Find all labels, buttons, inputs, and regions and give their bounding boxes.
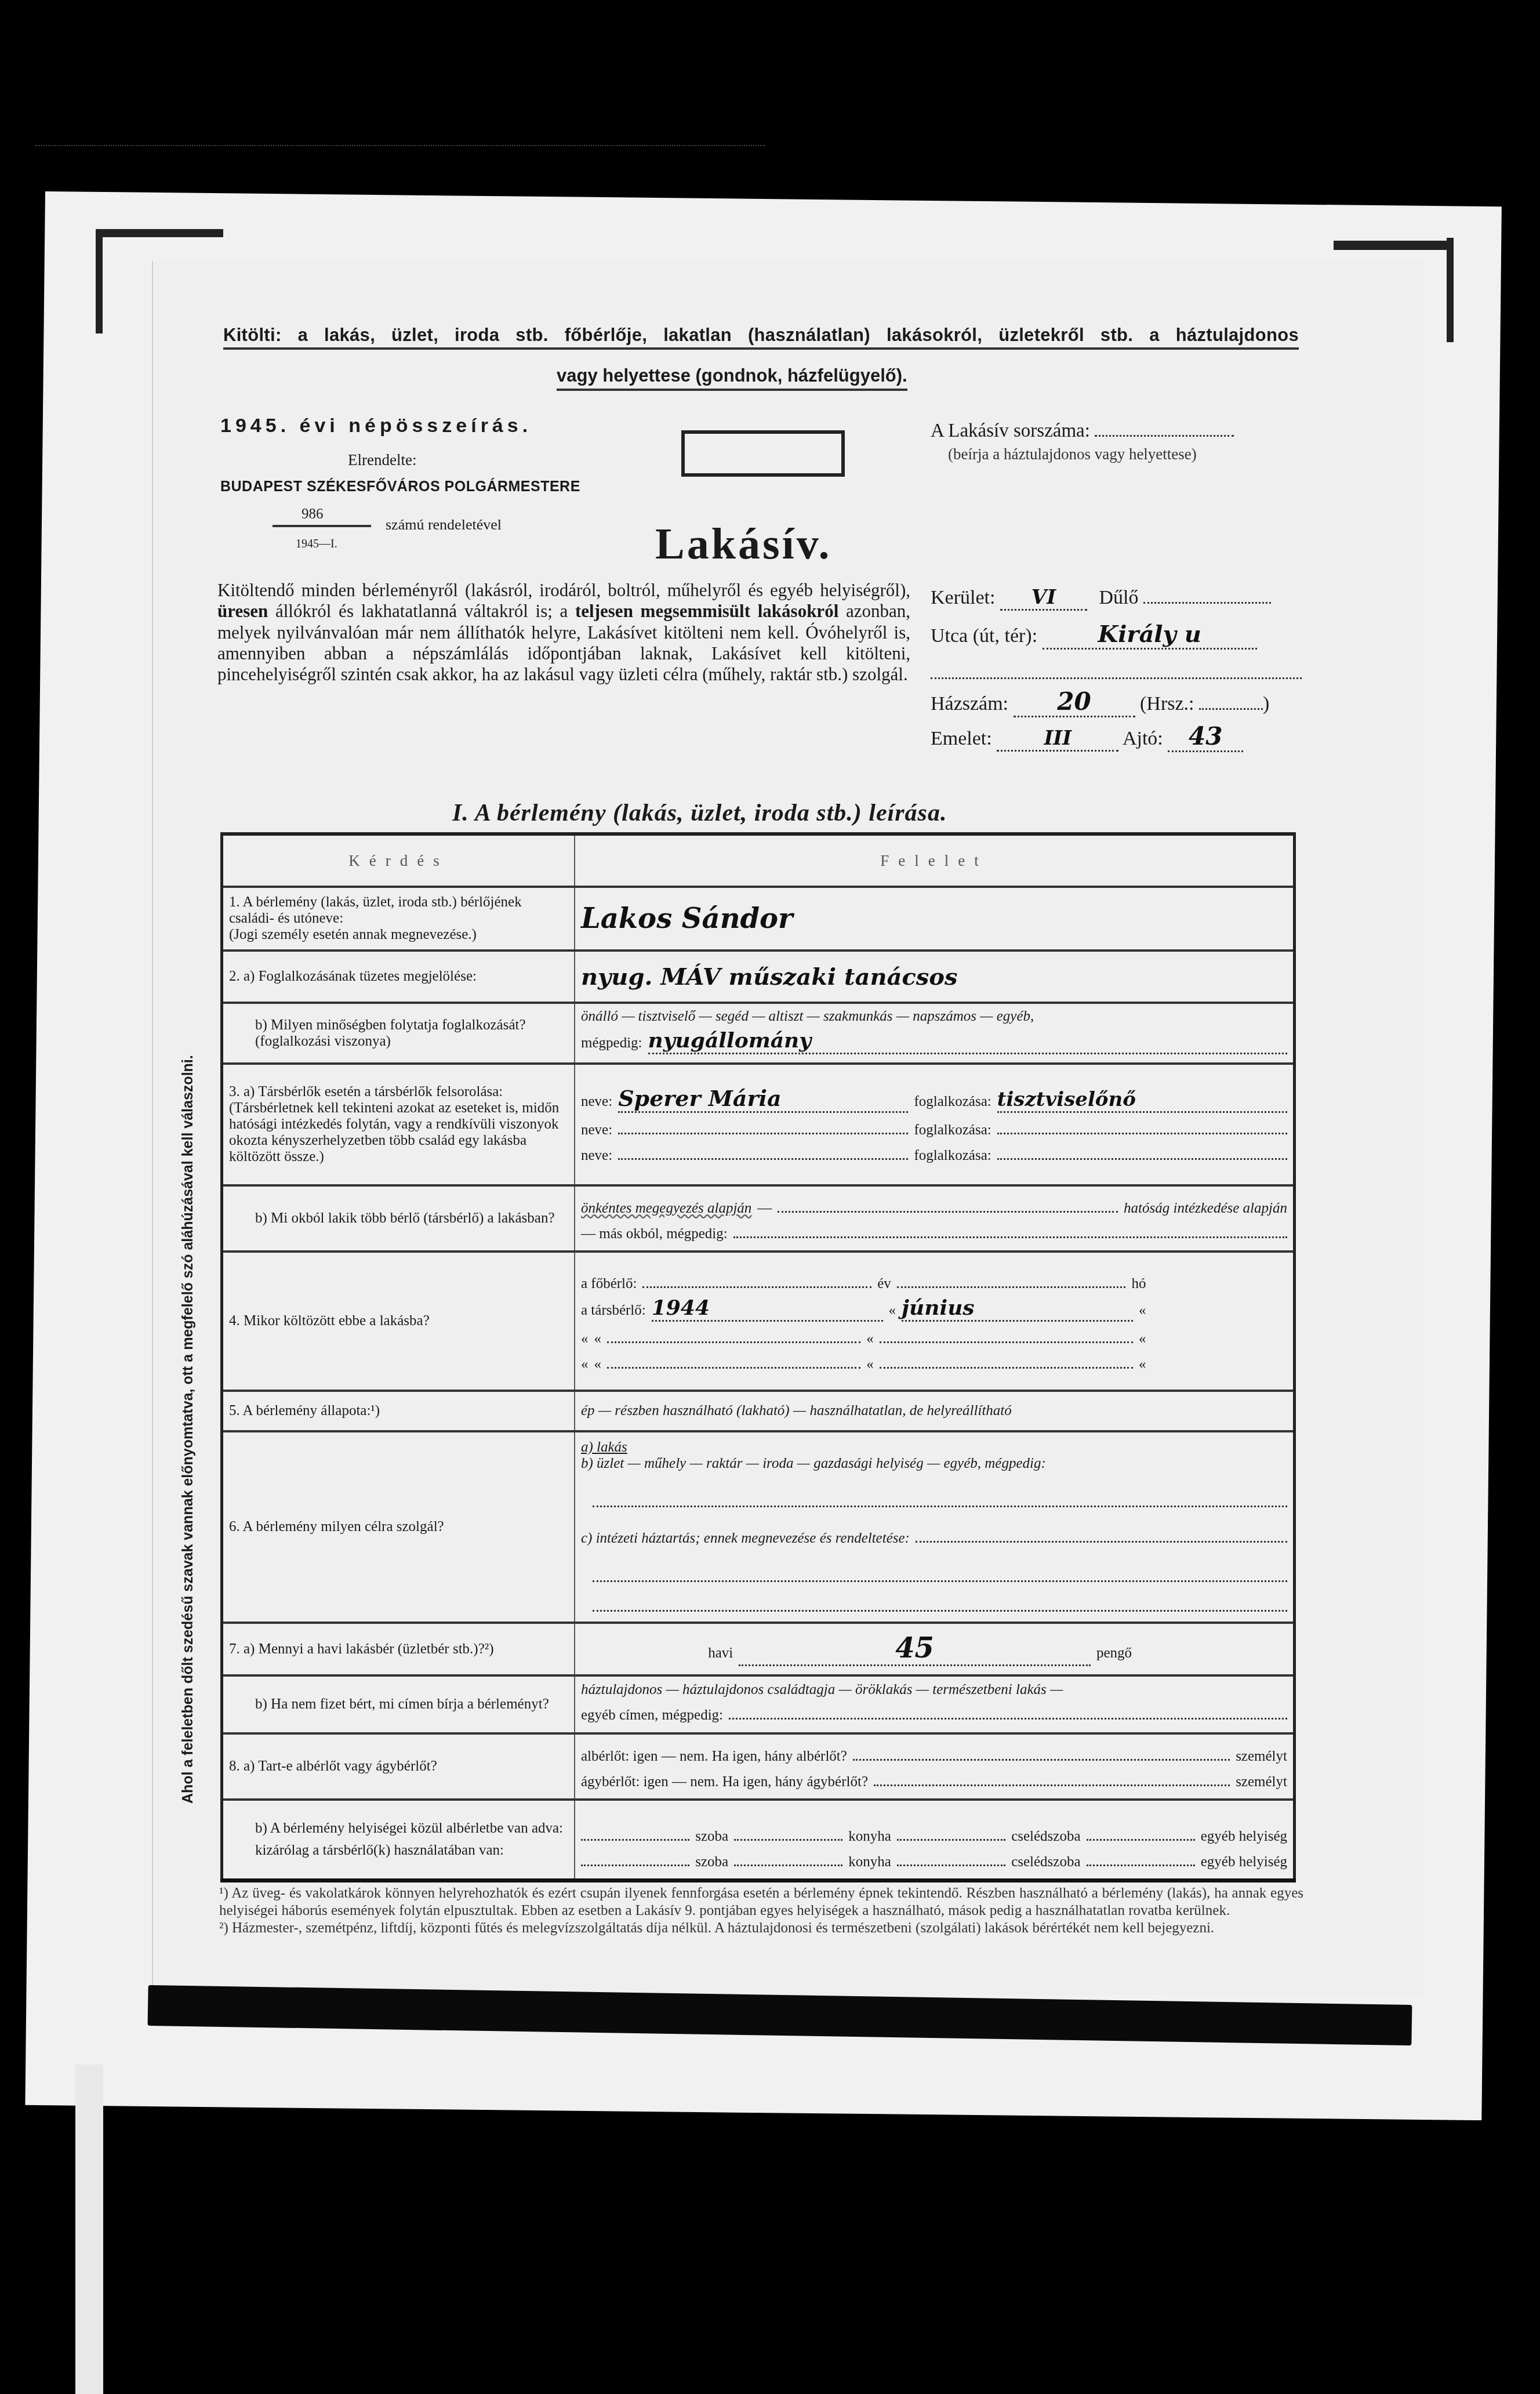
q6-text: 6. A bérlemény milyen célra szolgál?	[222, 1431, 575, 1623]
a3b-option-authority[interactable]: hatóság intézkedése alapján	[1124, 1200, 1287, 1217]
a7a-cell: havi45pengő	[575, 1623, 1295, 1675]
a7b-options[interactable]: háztulajdonos — háztulajdonos családtagj…	[581, 1682, 1287, 1698]
ditto-mark: «	[1139, 1331, 1146, 1347]
cotenant1-occ-label: foglalkozása:	[914, 1094, 991, 1110]
street-label: Utca (út, tér):	[931, 625, 1037, 647]
a4-cotenant-month[interactable]: június	[902, 1296, 1133, 1322]
co-rooms-cseledszoba[interactable]	[897, 1848, 1005, 1866]
street-extra-line[interactable]	[931, 677, 1302, 679]
a2b-options[interactable]: önálló — tisztviselő — segéd — altiszt —…	[581, 1009, 1287, 1025]
intro-text-1: Kitölti: a lakás, üzlet, iroda stb. főbé…	[223, 325, 1299, 350]
a7a-suffix: pengő	[1096, 1645, 1132, 1662]
a8a-cell: albérlőt: igen — nem. Ha igen, hány albé…	[575, 1733, 1295, 1800]
room-label: konyha	[848, 1854, 891, 1870]
a7b-other-label: egyéb címen, mégpedig:	[581, 1707, 723, 1724]
q1-note: (Jogi személy esetén annak megnevezése.)	[229, 927, 477, 942]
scan-artifact-line	[35, 145, 765, 146]
row-q1: 1. A bérlemény (lakás, üzlet, iroda stb.…	[222, 887, 1295, 951]
row-q2b: b) Milyen minőségben folytatja foglalkoz…	[222, 1003, 1295, 1064]
cotenant1-name-label: neve:	[581, 1094, 612, 1110]
cotenant3-name-label: neve:	[581, 1148, 612, 1164]
field-value[interactable]	[1143, 597, 1271, 604]
a6-option-business[interactable]: b) üzlet — műhely — raktár — iroda — gaz…	[581, 1456, 1287, 1472]
a2b-megpedig-label: mégpedig:	[581, 1035, 642, 1051]
a8a-subtenant-count[interactable]	[853, 1743, 1230, 1761]
a4-row4-year[interactable]	[607, 1351, 860, 1369]
district-value[interactable]: VI	[1000, 586, 1087, 611]
floor-label: Emelet:	[931, 728, 992, 749]
ditto-mark: «	[594, 1331, 602, 1347]
street-value[interactable]: Király u	[1043, 621, 1257, 650]
serial-note: (beírja a háztulajdonos vagy helyettese)	[948, 445, 1197, 463]
cotenant2-name[interactable]	[618, 1116, 908, 1134]
section-title: I. A bérlemény (lakás, üzlet, iroda stb.…	[452, 799, 947, 827]
row-q7b: b) Ha nem fizet bért, mi címen bírja a b…	[222, 1675, 1295, 1733]
ditto-mark: «	[581, 1356, 589, 1373]
q1-cell: 1. A bérlemény (lakás, üzlet, iroda stb.…	[222, 887, 575, 951]
a4-main-year[interactable]	[642, 1270, 871, 1288]
serial-number-field[interactable]: A Lakásív sorszáma:	[931, 420, 1234, 442]
hrsz-label: (Hrsz.:	[1140, 693, 1194, 714]
a6b-value[interactable]	[593, 1489, 1287, 1507]
instr-part1: Kitöltendő minden bérleményről (lakásról…	[217, 580, 910, 600]
q1-text: 1. A bérlemény (lakás, üzlet, iroda stb.…	[229, 894, 522, 926]
co-rooms-szoba[interactable]	[581, 1848, 689, 1866]
a8a-persons-label: személyt	[1236, 1749, 1287, 1765]
a8a-subtenant-question[interactable]: albérlőt: igen — nem. Ha igen, hány albé…	[581, 1749, 847, 1765]
q8b-text-1: b) A bérlemény helyiségei közül albérlet…	[229, 1820, 568, 1837]
a6-cell: a) lakás b) üzlet — műhely — raktár — ir…	[575, 1431, 1295, 1623]
a8a-bedtenant-question[interactable]: ágybérlőt: igen — nem. Ha igen, hány ágy…	[581, 1774, 868, 1790]
co-rooms-egyeb[interactable]	[1087, 1848, 1195, 1866]
q2b-text: b) Milyen minőségben folytatja foglalkoz…	[229, 1017, 568, 1050]
footnote-2: ²) Házmester-, szemétpénz, liftdíj, közp…	[219, 1920, 1303, 1937]
room-label: konyha	[848, 1829, 891, 1845]
room-label: cselédszoba	[1011, 1829, 1080, 1845]
decree-fraction-line	[273, 525, 371, 527]
a4-month-label: hó	[1131, 1276, 1146, 1292]
form-title: Lakásív.	[655, 519, 831, 570]
a2b-cell[interactable]: önálló — tisztviselő — segéd — altiszt —…	[575, 1003, 1295, 1064]
a6c-line2[interactable]	[593, 1564, 1287, 1582]
a4-year-label: év	[877, 1276, 891, 1292]
cotenant2-occ-label: foglalkozása:	[914, 1122, 991, 1138]
a6-option-institution[interactable]: c) intézeti háztartás; ennek megnevezése…	[581, 1530, 910, 1547]
cotenant1-name[interactable]: Sperer Mária	[618, 1085, 908, 1113]
instr-bold1: üresen	[217, 601, 268, 621]
a2a-cell[interactable]: nyug. MÁV műszaki tanácsos	[575, 951, 1295, 1003]
a3b-other-label: — más okból, mégpedig:	[581, 1226, 728, 1242]
row-q8b: b) A bérlemény helyiségei közül albérlet…	[222, 1800, 1295, 1881]
ditto-mark: «	[581, 1331, 589, 1347]
col-answer: Felelet	[575, 834, 1295, 887]
sub-rooms-egyeb[interactable]	[1087, 1823, 1195, 1841]
census-form-table: Kérdés Felelet 1. A bérlemény (lakás, üz…	[220, 832, 1296, 1882]
ditto-mark: «	[866, 1331, 874, 1347]
ordered-by: BUDAPEST SZÉKESFŐVÁROS POLGÁRMESTERE	[220, 478, 580, 495]
q2a-text: 2. a) Foglalkozásának tüzetes megjelölés…	[222, 951, 575, 1003]
instr-bold2: teljesen megsemmisült lakásokról	[575, 601, 838, 621]
q3b-text: b) Mi okból lakik több bérlő (társbérlő)…	[229, 1210, 568, 1227]
a1-cell[interactable]: Lakos Sándor	[575, 887, 1295, 951]
house-value[interactable]: 20	[1014, 687, 1135, 717]
street-row: Utca (út, tér): Király u	[931, 621, 1257, 650]
house-label: Házszám:	[931, 693, 1008, 714]
col-question: Kérdés	[222, 834, 575, 887]
room-label: egyéb helyiség	[1201, 1829, 1287, 1845]
cotenant3-occ[interactable]	[997, 1142, 1287, 1160]
a4-row3-year[interactable]	[607, 1325, 860, 1343]
a2b-value[interactable]: nyugállomány	[648, 1028, 1287, 1054]
a8b-cell: szobakonyhacselédszobaegyéb helyiség szo…	[575, 1800, 1295, 1881]
q8a-text: 8. a) Tart-e albérlőt vagy ágybérlőt?	[222, 1733, 575, 1800]
cotenant2-occ[interactable]	[997, 1116, 1287, 1134]
floor-row: Emelet: III Ajtó: 43	[931, 722, 1243, 752]
row-q8a: 8. a) Tart-e albérlőt vagy ágybérlőt? al…	[222, 1733, 1295, 1800]
cotenant3-name[interactable]	[618, 1142, 908, 1160]
a3b-other-value[interactable]	[733, 1220, 1287, 1238]
a8a-bedtenant-count[interactable]	[874, 1768, 1230, 1786]
cotenant3-occ-label: foglalkozása:	[914, 1148, 991, 1164]
a6c-line3[interactable]	[593, 1594, 1287, 1612]
q5-text: 5. A bérlemény állapota:¹)	[222, 1391, 575, 1431]
decree-number: 986	[302, 506, 324, 523]
stamp-box[interactable]	[681, 430, 845, 477]
ditto-mark: «	[866, 1356, 874, 1373]
a3a-cell: neve:Sperer Máriafoglalkozása:tisztvisel…	[575, 1064, 1295, 1185]
house-row: Házszám: 20 (Hrsz.: )	[931, 687, 1269, 717]
decree-year: 1945—I.	[296, 538, 337, 551]
ditto-mark: «	[1139, 1356, 1146, 1373]
room-label: szoba	[695, 1854, 728, 1870]
room-label: cselédszoba	[1011, 1854, 1080, 1870]
a1-value[interactable]: Lakos Sándor	[581, 902, 793, 935]
a7a-value[interactable]: 45	[739, 1632, 1091, 1666]
a6-option-lakas[interactable]: a) lakás	[581, 1439, 1287, 1456]
a4-main-month[interactable]	[897, 1270, 1126, 1288]
room-label: egyéb helyiség	[1201, 1854, 1287, 1870]
door-value[interactable]: 43	[1168, 722, 1243, 752]
corner-mark-top-left	[96, 229, 103, 333]
row-q6: 6. A bérlemény milyen célra szolgál? a) …	[222, 1431, 1295, 1623]
intro-line-2: vagy helyettese (gondnok, házfelügyelő).	[557, 365, 907, 391]
table-header: Kérdés Felelet	[222, 834, 1295, 887]
corner-mark-top-right	[1447, 238, 1454, 342]
sub-rooms-szoba[interactable]	[581, 1823, 689, 1841]
co-rooms-konyha[interactable]	[734, 1848, 842, 1866]
row-q4: 4. Mikor költözött ebbe a lakásba? a főb…	[222, 1252, 1295, 1391]
film-strip-edge	[75, 2065, 103, 2394]
q4-text: 4. Mikor költözött ebbe a lakásba?	[222, 1252, 575, 1391]
district-label: Kerület:	[931, 587, 995, 608]
cotenant2-name-label: neve:	[581, 1122, 612, 1138]
census-title: 1945. évi népösszeírás.	[220, 415, 532, 437]
row-q3a: 3. a) Társbérlők esetén a társbérlők fel…	[222, 1064, 1295, 1185]
ditto-mark: «	[1139, 1303, 1146, 1319]
a3b-option-voluntary[interactable]: önkéntes megegyezés alapján	[581, 1200, 751, 1217]
a4-row3-month[interactable]	[880, 1325, 1133, 1343]
field-label: Dűlő	[1099, 587, 1138, 608]
room-label: szoba	[695, 1829, 728, 1845]
a4-cell: a főbérlő:évhó a társbérlő:1944«június« …	[575, 1252, 1295, 1391]
serial-label: A Lakásív sorszáma:	[931, 420, 1090, 441]
door-label: Ajtó:	[1123, 728, 1163, 749]
q7a-text: 7. a) Mennyi a havi lakásbér (üzletbér s…	[222, 1623, 575, 1675]
decree-text: számú rendeletével	[386, 516, 502, 534]
a5-options[interactable]: ép — részben használható (lakható) — has…	[575, 1391, 1295, 1431]
side-note: Ahol a feleletben dőlt szedésű szavak va…	[180, 1055, 197, 1804]
row-q7a: 7. a) Mennyi a havi lakásbér (üzletbér s…	[222, 1623, 1295, 1675]
a3b-cell: önkéntes megegyezés alapján—hatóság inté…	[575, 1185, 1295, 1252]
ditto-mark: «	[594, 1356, 602, 1373]
cotenant1-occ[interactable]: tisztviselőnő	[997, 1088, 1287, 1113]
a7b-cell: háztulajdonos — háztulajdonos családtagj…	[575, 1675, 1295, 1733]
serial-value[interactable]	[1095, 430, 1234, 437]
sub-rooms-cseledszoba[interactable]	[897, 1823, 1005, 1841]
sub-rooms-konyha[interactable]	[734, 1823, 842, 1841]
q3a-text: 3. a) Társbérlők esetén a társbérlők fel…	[222, 1064, 575, 1185]
a4-main-label: a főbérlő:	[581, 1276, 637, 1292]
intro-line-1: Kitölti: a lakás, üzlet, iroda stb. főbé…	[223, 325, 1299, 346]
a4-row4-month[interactable]	[880, 1351, 1133, 1369]
a4-cotenant-year[interactable]: 1944	[652, 1296, 883, 1322]
row-q5: 5. A bérlemény állapota:¹) ép — részben …	[222, 1391, 1295, 1431]
hrsz-close: )	[1263, 693, 1269, 714]
q7b-text: b) Ha nem fizet bért, mi címen bírja a b…	[229, 1696, 568, 1713]
a8a-persons-label-2: személyt	[1236, 1774, 1287, 1790]
a7b-other-value[interactable]	[729, 1702, 1287, 1720]
footnote-1: ¹) Az üveg- és vakolatkárok könnyen hely…	[219, 1885, 1303, 1920]
a2a-value[interactable]: nyug. MÁV műszaki tanácsos	[581, 963, 957, 991]
ditto-mark: «	[889, 1303, 896, 1319]
footnotes: ¹) Az üveg- és vakolatkárok könnyen hely…	[219, 1885, 1303, 1937]
instructions: Kitöltendő minden bérleményről (lakásról…	[217, 580, 910, 685]
floor-value[interactable]: III	[997, 727, 1118, 752]
row-q2a: 2. a) Foglalkozásának tüzetes megjelölés…	[222, 951, 1295, 1003]
district-row: Kerület: VI Dűlő	[931, 586, 1271, 611]
a7a-prefix: havi	[708, 1645, 733, 1662]
corner-mark-top-left-h	[96, 229, 223, 237]
hrsz-value[interactable]	[1199, 703, 1263, 710]
corner-mark-top-right-h	[1334, 241, 1452, 250]
instr-part2: állókról és lakhatatlanná váltakról is; …	[268, 601, 575, 621]
a4-cotenant-label: a társbérlő:	[581, 1303, 646, 1319]
a6c-value[interactable]	[916, 1525, 1287, 1543]
q8b-text-2: kizárólag a társbérlő(k) használatában v…	[229, 1842, 568, 1859]
row-q3b: b) Mi okból lakik több bérlő (társbérlő)…	[222, 1185, 1295, 1252]
ordered-by-label: Elrendelte:	[348, 451, 416, 469]
